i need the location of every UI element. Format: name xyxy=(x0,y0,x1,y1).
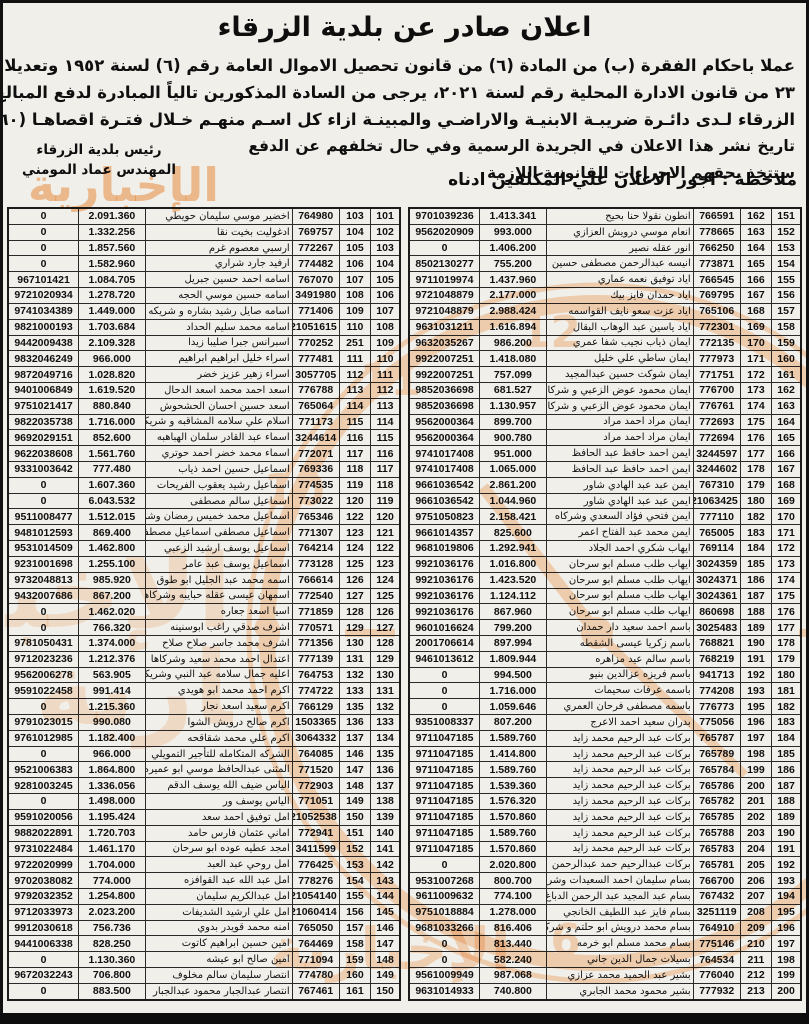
cell-seq-no: 163 xyxy=(740,224,771,240)
cell-serial-no: 195 xyxy=(772,904,801,920)
cell-name: ارسبي معصوم غرم xyxy=(145,240,292,256)
cell-seq-no: 165 xyxy=(740,256,771,272)
cell-file-no: 772941 xyxy=(292,825,339,841)
cell-file-no: 771751 xyxy=(693,367,740,383)
cell-national-no: 9922007251 xyxy=(409,351,480,367)
cell-seq-no: 158 xyxy=(339,936,370,952)
cell-national-no: 9751018884 xyxy=(409,904,480,920)
cell-seq-no: 154 xyxy=(339,873,370,889)
table-row: 102104769757ادغوليت بخيت نقا1.332.2560 xyxy=(8,224,400,240)
cell-national-no: 9832046249 xyxy=(8,351,79,367)
table-row: 193206766700بسام سليمان احمد السعيدات وش… xyxy=(409,873,801,889)
cell-seq-no: 187 xyxy=(740,588,771,604)
table-row: 1671783244602ايمن احمد حافظ عبد الحافظ1.… xyxy=(409,462,801,478)
cell-seq-no: 122 xyxy=(339,509,370,525)
cell-name: اسامه محمد سليم الحداد xyxy=(145,319,292,335)
cell-national-no: 0 xyxy=(8,699,79,715)
cell-name: ايمان مراد احمد مراد xyxy=(546,414,693,430)
cell-serial-no: 146 xyxy=(371,920,400,936)
cell-amount: 1.449.000 xyxy=(79,303,146,319)
cell-name: اعتدال احمد محمد سعيد وشركاها xyxy=(145,651,292,667)
cell-amount: 1.084.705 xyxy=(79,272,146,288)
cell-national-no: 9822035738 xyxy=(8,414,79,430)
cell-name: امنه محمد قويدر بدوي xyxy=(145,920,292,936)
cell-seq-no: 213 xyxy=(740,983,771,1000)
cell-serial-no: 102 xyxy=(371,224,400,240)
cell-name: اسامه احمد حسين جبريل xyxy=(145,272,292,288)
cell-file-no: 766129 xyxy=(292,699,339,715)
table-row: 122124764214اسماعيل يوسف ارشيد الزعبي1.4… xyxy=(8,541,400,557)
cell-national-no: 0 xyxy=(8,604,79,620)
cell-seq-no: 153 xyxy=(339,857,370,873)
cell-national-no: 9681019806 xyxy=(409,541,480,557)
cell-amount: 1.716.000 xyxy=(480,683,547,699)
cell-national-no: 9562020909 xyxy=(409,224,480,240)
cell-serial-no: 143 xyxy=(371,873,400,889)
cell-serial-no: 148 xyxy=(371,952,400,968)
cell-seq-no: 175 xyxy=(740,414,771,430)
cell-national-no: 9561009949 xyxy=(409,968,480,984)
cell-file-no: 776788 xyxy=(292,382,339,398)
cell-amount: 1.864.800 xyxy=(79,762,146,778)
cell-national-no: 9712033973 xyxy=(8,904,79,920)
cell-national-no: 9741017408 xyxy=(409,462,480,478)
cell-amount: 1.498.000 xyxy=(79,794,146,810)
cell-serial-no: 116 xyxy=(371,446,400,462)
cell-seq-no: 199 xyxy=(740,762,771,778)
table-row: 129131777139اعتدال احمد محمد سعيد وشركاه… xyxy=(8,651,400,667)
table-row: 182195776773باسمه مصطفى فرحان العمري1.05… xyxy=(409,699,801,715)
cell-name: ايمن احمد حافظ عبد الحافظ xyxy=(546,446,693,462)
table-row: 1771893025483باسم احمد سعيد دار حمدان799… xyxy=(409,620,801,636)
cell-seq-no: 123 xyxy=(339,525,370,541)
cell-seq-no: 196 xyxy=(740,715,771,731)
cell-amount: 1.512.015 xyxy=(79,509,146,525)
cell-name: بسيلات جمال الدين جاني xyxy=(546,952,693,968)
cell-serial-no: 165 xyxy=(772,430,801,446)
cell-file-no: 766614 xyxy=(292,572,339,588)
cell-serial-no: 121 xyxy=(371,525,400,541)
cell-file-no: 767461 xyxy=(292,983,339,1000)
table-row: 138149771051الياس يوسف ور1.498.0000 xyxy=(8,794,400,810)
cell-amount: 993.000 xyxy=(480,224,547,240)
cell-file-no: 3064332 xyxy=(292,730,339,746)
cell-name: امل عبدالكريم سليمان xyxy=(145,888,292,904)
cell-name: ايهاب طلب مسلم ابو سرحان xyxy=(546,604,693,620)
cell-name: ايمن محمد عبد الفتاح اعمر xyxy=(546,525,693,541)
table-row: 13915021052538امل توفيق احمد سعد1.195.42… xyxy=(8,809,400,825)
cell-national-no: 9921036176 xyxy=(409,604,480,620)
cell-file-no: 776700 xyxy=(693,382,740,398)
cell-file-no: 765789 xyxy=(693,746,740,762)
cell-serial-no: 138 xyxy=(371,794,400,810)
cell-national-no: 9702038082 xyxy=(8,873,79,889)
table-row: 131133774722اكرم احمد محمد ابو هويدي991.… xyxy=(8,683,400,699)
cell-name: بركات عبد الرحيم محمد زايد xyxy=(546,778,693,794)
page-bottom-rule xyxy=(0,1013,809,1024)
cell-serial-no: 131 xyxy=(371,683,400,699)
cell-serial-no: 132 xyxy=(371,699,400,715)
fees-note: ملاحظة : اجور الاعلان علي المكلفين ادناه xyxy=(448,170,797,190)
cell-national-no: 0 xyxy=(8,952,79,968)
cell-file-no: 771051 xyxy=(292,794,339,810)
cell-serial-no: 142 xyxy=(371,857,400,873)
cell-name: ايهاب شكري احمد الجلاد xyxy=(546,541,693,557)
cell-seq-no: 191 xyxy=(740,651,771,667)
table-row: 118119774535اسماعيل رشيد يعقوب الفريحات1… xyxy=(8,477,400,493)
cell-seq-no: 128 xyxy=(339,604,370,620)
cell-national-no: 9711019974 xyxy=(409,272,480,288)
cell-name: ايمان محمود عوض الزعبي و شركاها xyxy=(546,398,693,414)
cell-amount: 2.023.200 xyxy=(79,904,146,920)
cell-file-no: 771094 xyxy=(292,952,339,968)
cell-national-no: 9432007686 xyxy=(8,588,79,604)
cell-amount: 1.028.820 xyxy=(79,367,146,383)
cell-serial-no: 192 xyxy=(772,857,801,873)
cell-amount: 1.716.000 xyxy=(79,414,146,430)
cell-name: اخضير موسي سليمان حويطي xyxy=(145,208,292,224)
table-row: 124126766614اسمه محمد عبد الجليل ابو طوق… xyxy=(8,572,400,588)
cell-file-no: 765786 xyxy=(693,778,740,794)
cell-file-no: 771356 xyxy=(292,635,339,651)
cell-amount: 1.703.684 xyxy=(79,319,146,335)
table-row: 164175772693ايمان مراد احمد مراد899.7009… xyxy=(409,414,801,430)
table-row: 113114765064اسعد حسين احسان الحشحوش880.8… xyxy=(8,398,400,414)
legal-paragraph-line: ٢٣ من قانون الادارة المحلية رقم لسنة ٢٠٢… xyxy=(14,79,795,106)
cell-serial-no: 130 xyxy=(371,667,400,683)
cell-seq-no: 179 xyxy=(740,477,771,493)
cell-amount: 1.589.760 xyxy=(480,825,547,841)
table-row: 152163778665انعام موسي درويش العزازي993.… xyxy=(409,224,801,240)
table-row: 104106774482ارفيد جارد شراري1.582.9600 xyxy=(8,256,400,272)
cell-name: باسمه مصطفى فرحان العمري xyxy=(546,699,693,715)
cell-file-no: 774780 xyxy=(292,968,339,984)
table-row: 140151772941اماني عثمان فارس حامد1.720.7… xyxy=(8,825,400,841)
table-row: 157168765106اياد عزت سعو نايف القواسمه2.… xyxy=(409,303,801,319)
cell-name: ايمان شوكت حسين عبدالمجيد xyxy=(546,367,693,383)
cell-amount: 1.332.256 xyxy=(79,224,146,240)
cell-name: باسم فريزه عزالدين بنيو xyxy=(546,667,693,683)
cell-file-no: 770252 xyxy=(292,335,339,351)
cell-file-no: 771307 xyxy=(292,525,339,541)
cell-file-no: 772267 xyxy=(292,240,339,256)
cell-serial-no: 134 xyxy=(371,730,400,746)
cell-name: اكرم صالح درويش الشوا xyxy=(145,715,292,731)
cell-serial-no: 177 xyxy=(772,620,801,636)
cell-amount: 799.200 xyxy=(480,620,547,636)
cell-national-no: 9692029151 xyxy=(8,430,79,446)
cell-amount: 825.600 xyxy=(480,525,547,541)
cell-seq-no: 167 xyxy=(740,288,771,304)
cell-national-no: 9791023015 xyxy=(8,715,79,731)
cell-national-no: 9562006278 xyxy=(8,667,79,683)
cell-national-no: 967101421 xyxy=(8,272,79,288)
cell-seq-no: 171 xyxy=(740,351,771,367)
cell-seq-no: 176 xyxy=(740,430,771,446)
table-row: 123125773128اسماعيل يوسف عبد عامر1.255.1… xyxy=(8,556,400,572)
table-row: 196209764910بسام محمد درويش ابو حلتم و ش… xyxy=(409,920,801,936)
cell-seq-no: 146 xyxy=(339,746,370,762)
cell-seq-no: 118 xyxy=(339,462,370,478)
cell-amount: 852.600 xyxy=(79,430,146,446)
cell-file-no: 769336 xyxy=(292,462,339,478)
cell-seq-no: 198 xyxy=(740,746,771,762)
cell-name: انتصار عبدالجبار محمود عبدالجبار xyxy=(145,983,292,1000)
cell-national-no: 9591022458 xyxy=(8,683,79,699)
cell-amount: 1.607.360 xyxy=(79,477,146,493)
cell-national-no: 9852036698 xyxy=(409,382,480,398)
cell-serial-no: 198 xyxy=(772,952,801,968)
cell-file-no: 3244602 xyxy=(693,462,740,478)
cell-national-no: 9441006338 xyxy=(8,936,79,952)
table-row: 103105772267ارسبي معصوم غرم1.857.5600 xyxy=(8,240,400,256)
cell-amount: 1.414.800 xyxy=(480,746,547,762)
cell-name: بركات عبد الرحيم محمد زايد xyxy=(546,825,693,841)
cell-file-no: 765106 xyxy=(693,303,740,319)
table-row: 161172771751ايمان شوكت حسين عبدالمجيد757… xyxy=(409,367,801,383)
cell-name: بسام فايز عبد اللطيف الخانجي xyxy=(546,904,693,920)
cell-serial-no: 190 xyxy=(772,825,801,841)
table-row: 142153776425امل روحي عبد العبد1.704.0009… xyxy=(8,857,400,873)
cell-national-no: 0 xyxy=(8,746,79,762)
cell-name: ادغوليت بخيت نقا xyxy=(145,224,292,240)
cell-file-no: 860698 xyxy=(693,604,740,620)
cell-amount: 869.400 xyxy=(79,525,146,541)
cell-name: انتصار سليمان سالم مخلوف xyxy=(145,968,292,984)
cell-seq-no: 206 xyxy=(740,873,771,889)
cell-name: امل توفيق احمد سعد xyxy=(145,809,292,825)
cell-name: اسعد احمد محمد اسعد الدحال xyxy=(145,382,292,398)
cell-file-no: 778665 xyxy=(693,224,740,240)
cell-name: اسماعيل سالم مصطفى xyxy=(145,493,292,509)
cell-seq-no: 132 xyxy=(339,667,370,683)
table-row: 135146764085الشركه المتكامله للتأجير الت… xyxy=(8,746,400,762)
cell-file-no: 772903 xyxy=(292,778,339,794)
cell-seq-no: 203 xyxy=(740,825,771,841)
cell-seq-no: 195 xyxy=(740,699,771,715)
cell-national-no: 9741034389 xyxy=(8,303,79,319)
cell-amount: 899.700 xyxy=(480,414,547,430)
table-row: 158169772301اياد ياسين عبد الوهاب البقال… xyxy=(409,319,801,335)
cell-serial-no: 188 xyxy=(772,794,801,810)
cell-name: انعام موسي درويش العزازي xyxy=(546,224,693,240)
table-row: 126128771859اسيا اسعد جعاره1.462.0200 xyxy=(8,604,400,620)
cell-amount: 1.561.760 xyxy=(79,446,146,462)
cell-amount: 991.414 xyxy=(79,683,146,699)
cell-national-no: 9921036176 xyxy=(409,572,480,588)
cell-serial-no: 144 xyxy=(371,888,400,904)
cell-file-no: 3491980 xyxy=(292,288,339,304)
cell-serial-no: 126 xyxy=(371,604,400,620)
cell-name: امجد عطيه عوده ابو سرحان xyxy=(145,841,292,857)
cell-national-no: 9591020056 xyxy=(8,809,79,825)
cell-serial-no: 112 xyxy=(371,382,400,398)
cell-serial-no: 166 xyxy=(772,446,801,462)
cell-serial-no: 106 xyxy=(371,288,400,304)
cell-national-no: 9231001698 xyxy=(8,556,79,572)
cell-name: بسام محمد درويش ابو حلتم و شركاه xyxy=(546,920,693,936)
cell-file-no: 764534 xyxy=(693,952,740,968)
cell-amount: 900.780 xyxy=(480,430,547,446)
table-row: 101103764980اخضير موسي سليمان حويطي2.091… xyxy=(8,208,400,224)
cell-file-no: 775146 xyxy=(693,936,740,952)
signature-name: المهندس عماد المومني xyxy=(14,161,184,181)
cell-seq-no: 166 xyxy=(740,272,771,288)
cell-seq-no: 104 xyxy=(339,224,370,240)
cell-amount: 2.988.424 xyxy=(480,303,547,319)
cell-serial-no: 174 xyxy=(772,572,801,588)
cell-name: انور عقله نصير xyxy=(546,240,693,256)
cell-seq-no: 162 xyxy=(740,208,771,224)
cell-name: بركات عبد الرحيم محمد زايد xyxy=(546,809,693,825)
cell-serial-no: 158 xyxy=(772,319,801,335)
cell-serial-no: 189 xyxy=(772,809,801,825)
cell-file-no: 777110 xyxy=(693,509,740,525)
table-row: 110111777481اسراء خليل ابراهيم ابراهيم96… xyxy=(8,351,400,367)
cell-amount: 1.589.760 xyxy=(480,762,547,778)
cell-seq-no: 111 xyxy=(339,351,370,367)
cell-name: باسم احمد سعيد دار حمدان xyxy=(546,620,693,636)
cell-serial-no: 108 xyxy=(371,319,400,335)
table-row: 132135766129اكرم سعيد اسعد نجار1.215.360… xyxy=(8,699,400,715)
cell-national-no: 9731022484 xyxy=(8,841,79,857)
cell-amount: 1.462.800 xyxy=(79,541,146,557)
cell-name: اشرف محمد جاسر صلاح صلاح xyxy=(145,635,292,651)
cell-name: بركات عبد الرحيم محمد زايد xyxy=(546,841,693,857)
cell-amount: 2.091.360 xyxy=(79,208,146,224)
cell-name: اسبرانس جبرا صليبا زيدا xyxy=(145,335,292,351)
cell-seq-no: 113 xyxy=(339,382,370,398)
cell-amount: 1.065.000 xyxy=(480,462,547,478)
cell-amount: 1.212.376 xyxy=(79,651,146,667)
cell-national-no: 9531014509 xyxy=(8,541,79,557)
table-row: 127129770571اشرف صدقي راغب ابوسنينه766.3… xyxy=(8,620,400,636)
cell-seq-no: 119 xyxy=(339,477,370,493)
cell-file-no: 778276 xyxy=(292,873,339,889)
legal-paragraph-line: عملا باحكام الفقرة (ب) من المادة (٦) من … xyxy=(14,52,795,79)
cell-seq-no: 105 xyxy=(339,240,370,256)
cell-amount: 582.240 xyxy=(480,952,547,968)
cell-national-no: 9461013612 xyxy=(409,651,480,667)
cell-file-no: 21063425 xyxy=(693,493,740,509)
cell-amount: 1.704.000 xyxy=(79,857,146,873)
cell-seq-no: 186 xyxy=(740,572,771,588)
cell-name: بركات عبد الرحيم محمد زايد xyxy=(546,794,693,810)
cell-name: اسراء زهير عزيز خضر xyxy=(145,367,292,383)
cell-name: اشرف صدقي راغب ابوسنينه xyxy=(145,620,292,636)
cell-file-no: 765782 xyxy=(693,794,740,810)
cell-name: اماني عثمان فارس حامد xyxy=(145,825,292,841)
cell-name: باسم سالم عيد مزاهره xyxy=(546,651,693,667)
table-row: 153164766250انور عقله نصير1.406.2000 xyxy=(409,240,801,256)
cell-file-no: 765346 xyxy=(292,509,339,525)
cell-national-no: 9921036176 xyxy=(409,588,480,604)
cell-serial-no: 105 xyxy=(371,272,400,288)
cell-serial-no: 147 xyxy=(371,936,400,952)
cell-file-no: 772301 xyxy=(693,319,740,335)
cell-file-no: 764214 xyxy=(292,541,339,557)
cell-national-no: 9781050431 xyxy=(8,635,79,651)
cell-national-no: 9821000193 xyxy=(8,319,79,335)
cell-national-no: 9882022891 xyxy=(8,825,79,841)
cell-file-no: 773871 xyxy=(693,256,740,272)
cell-amount: 1.461.170 xyxy=(79,841,146,857)
cell-file-no: 3024359 xyxy=(693,556,740,572)
cell-serial-no: 161 xyxy=(772,367,801,383)
cell-file-no: 773128 xyxy=(292,556,339,572)
table-row: 1741863024371ايهاب طلب مسلم ابو سرحان1.4… xyxy=(409,572,801,588)
table-row: 1952083251119بسام فايز عبد اللطيف الخانج… xyxy=(409,904,801,920)
cell-national-no: 9922007251 xyxy=(409,367,480,383)
table-row: 1331361503365اكرم صالح درويش الشوا990.08… xyxy=(8,715,400,731)
cell-seq-no: 178 xyxy=(740,462,771,478)
cell-national-no: 9631031211 xyxy=(409,319,480,335)
cell-file-no: 774722 xyxy=(292,683,339,699)
table-row: 155166766545اياد توفيق نعمه عماري1.437.9… xyxy=(409,272,801,288)
cell-amount: 774.000 xyxy=(79,873,146,889)
table-row: 1061083491980اسامه حسين موسي الحجه1.278.… xyxy=(8,288,400,304)
cell-serial-no: 160 xyxy=(772,351,801,367)
cell-amount: 706.800 xyxy=(79,968,146,984)
table-row: 194207767432بسام عبد المجيد عبد الرحمن ا… xyxy=(409,888,801,904)
cell-seq-no: 125 xyxy=(339,556,370,572)
table-row: 10811021051615اسامه محمد سليم الحداد1.70… xyxy=(8,319,400,335)
cell-amount: 2.020.800 xyxy=(480,857,547,873)
table-row: 1751873024361ايهاب طلب مسلم ابو سرحان1.1… xyxy=(409,588,801,604)
cell-serial-no: 115 xyxy=(371,430,400,446)
cell-national-no: 9711047185 xyxy=(409,794,480,810)
cell-seq-no: 205 xyxy=(740,857,771,873)
cell-amount: 966.000 xyxy=(79,351,146,367)
cell-national-no: 9711047185 xyxy=(409,762,480,778)
cell-national-no: 9701039236 xyxy=(409,208,480,224)
cell-name: اياد توفيق نعمه عماري xyxy=(546,272,693,288)
cell-name: المثنى عبدالحافظ موسي ابو عميره وشركاه xyxy=(145,762,292,778)
cell-file-no: 941713 xyxy=(693,667,740,683)
cell-amount: 1.589.760 xyxy=(480,730,547,746)
cell-serial-no: 175 xyxy=(772,588,801,604)
table-row: 187200765786بركات عبد الرحيم محمد زايد1.… xyxy=(409,778,801,794)
table-row: 148159771094امين صالح ابو عيشه1.130.3600 xyxy=(8,952,400,968)
cell-serial-no: 133 xyxy=(371,715,400,731)
cell-file-no: 776425 xyxy=(292,857,339,873)
taxpayer-tables: 101103764980اخضير موسي سليمان حويطي2.091… xyxy=(7,207,802,1001)
cell-amount: 966.000 xyxy=(79,746,146,762)
cell-serial-no: 186 xyxy=(772,762,801,778)
cell-serial-no: 129 xyxy=(371,651,400,667)
cell-file-no: 772135 xyxy=(693,335,740,351)
cell-serial-no: 196 xyxy=(772,920,801,936)
cell-national-no: 9681033266 xyxy=(409,920,480,936)
table-row: 107109771406اسامه صايل رشيد بشاره و شريك… xyxy=(8,303,400,319)
cell-seq-no: 117 xyxy=(339,446,370,462)
cell-seq-no: 135 xyxy=(339,699,370,715)
taxpayer-table-left: 151162766591انطون نقولا حنا بحيح1.413.34… xyxy=(408,207,802,1001)
cell-file-no: 772693 xyxy=(693,414,740,430)
cell-file-no: 3251119 xyxy=(693,904,740,920)
cell-amount: 2.109.328 xyxy=(79,335,146,351)
cell-serial-no: 182 xyxy=(772,699,801,715)
cell-serial-no: 171 xyxy=(772,525,801,541)
cell-national-no: 9721048879 xyxy=(409,288,480,304)
table-row: 149160774780انتصار سليمان سالم مخلوف706.… xyxy=(8,968,400,984)
cell-name: امل روحي عبد العبد xyxy=(145,857,292,873)
cell-name: ايمان محمود عوض الزعبي و شركاها xyxy=(546,382,693,398)
cell-amount: 766.320 xyxy=(79,620,146,636)
table-row: 1341373064332اكرم علي محمد شقاقحه1.182.4… xyxy=(8,730,400,746)
cell-name: اسراء خليل ابراهيم ابراهيم xyxy=(145,351,292,367)
cell-serial-no: 159 xyxy=(772,335,801,351)
